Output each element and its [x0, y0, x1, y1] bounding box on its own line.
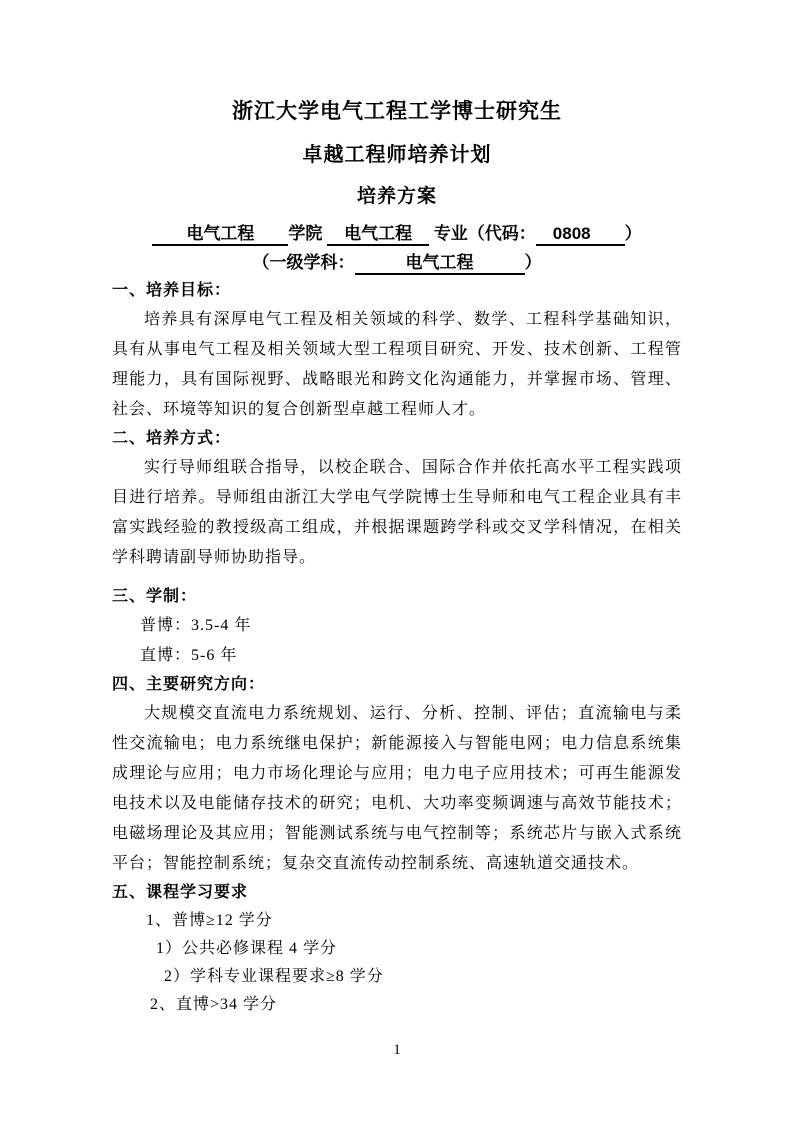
doc-title-line3: 培养方案: [112, 185, 682, 209]
section-research-directions: 四、主要研究方向： 大规模交直流电力系统规划、运行、分析、控制、评估；直流输电与…: [112, 671, 682, 879]
section-2-paragraph: 实行导师组联合指导，以校企联合、国际合作并依托高水平工程实践项目进行培养。导师组…: [112, 453, 682, 573]
duration-item-regular-phd: 普博：3.5-4 年: [112, 611, 682, 641]
college-major-line: 电气工程 学院 电气工程 专业（代码： 0808 ）: [112, 219, 682, 248]
page-number: 1: [0, 1040, 794, 1060]
section-training-mode: 二、培养方式： 实行导师组联合指导，以校企联合、国际合作并依托高水平工程实践项目…: [112, 425, 682, 573]
section-1-heading: 一、培养目标：: [112, 277, 682, 305]
discipline-close-paren: ）: [525, 253, 542, 272]
section-1-paragraph: 培养具有深厚电气工程及相关领域的科学、数学、工程科学基础知识，具有从事电气工程及…: [112, 305, 682, 425]
course-req-regular-phd: 1、普博≥12 学分: [112, 907, 682, 935]
code-blank: 0808: [536, 224, 625, 246]
section-2-heading: 二、培养方式：: [112, 425, 682, 453]
course-req-public-compulsory: 1）公共必修课程 4 学分: [112, 935, 682, 963]
duration-item-direct-phd: 直博：5-6 年: [112, 641, 682, 671]
discipline-label: （一级学科：: [253, 253, 355, 272]
section-5-heading: 五、课程学习要求: [112, 879, 682, 907]
section-4-paragraph: 大规模交直流电力系统规划、运行、分析、控制、评估；直流输电与柔性交流输电；电力系…: [112, 699, 682, 879]
doc-title-line2: 卓越工程师培养计划: [112, 142, 682, 168]
course-req-direct-phd: 2、直博>34 学分: [112, 991, 682, 1019]
college-label: 学院: [288, 224, 322, 243]
first-level-discipline-line: （一级学科： 电气工程 ）: [112, 248, 682, 277]
document-page: 浙江大学电气工程工学博士研究生 卓越工程师培养计划 培养方案 电气工程 学院 电…: [0, 0, 794, 1123]
doc-title-line1: 浙江大学电气工程工学博士研究生: [112, 98, 682, 125]
section-4-heading: 四、主要研究方向：: [112, 671, 682, 699]
section-training-objectives: 一、培养目标： 培养具有深厚电气工程及相关领域的科学、数学、工程科学基础知识，具…: [112, 277, 682, 425]
code-close-paren: ）: [625, 224, 642, 243]
section-duration: 三、学制： 普博：3.5-4 年 直博：5-6 年: [112, 583, 682, 671]
discipline-blank: 电气工程: [355, 253, 525, 275]
major-code-label: 专业（代码：: [434, 224, 536, 243]
college-blank: 电气工程: [152, 224, 288, 246]
major-blank: 电气工程: [327, 224, 429, 246]
section-3-heading: 三、学制：: [112, 583, 682, 611]
course-req-discipline-courses: 2）学科专业课程要求≥8 学分: [112, 963, 682, 991]
section-course-requirements: 五、课程学习要求 1、普博≥12 学分 1）公共必修课程 4 学分 2）学科专业…: [112, 879, 682, 1019]
